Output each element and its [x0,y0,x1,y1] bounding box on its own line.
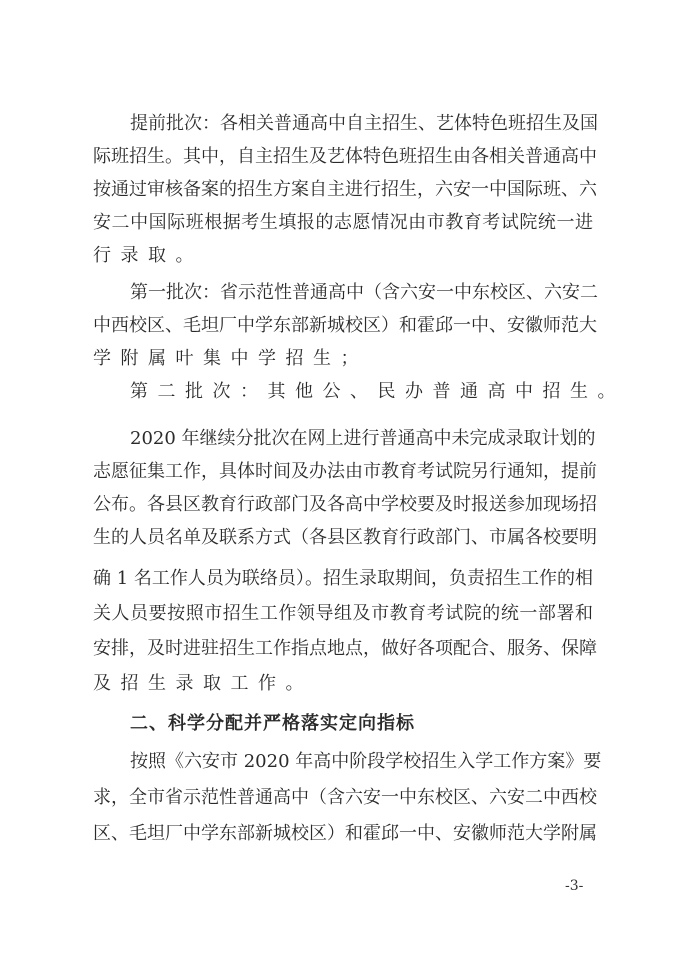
paragraph-line: 及招生录取工作。 [93,667,593,700]
paragraph-line: 第二批次：其他公、民办普通高中招生。 [130,375,593,408]
paragraph-line: 生的人员名单及联系方式（各县区教育行政部门、市属各校要明 [93,521,593,554]
paragraph-line: 志愿征集工作，具体时间及办法由市教育考试院另行通知，提前 [93,455,593,488]
paragraph-line: 安排，及时进驻招生工作指点地点，做好各项配合、服务、保障 [93,632,593,665]
paragraph-line: 第一批次：省示范性普通高中（含六安一中东校区、六安二 [130,276,593,309]
paragraph-line: 学附属叶集中学招生； [93,342,593,375]
paragraph-line: 关人员要按照市招生工作领导组及市教育考试院的统一部署和 [93,597,593,630]
document-page: 提前批次：各相关普通高中自主招生、艺体特色班招生及国 际班招生。其中，自主招生及… [0,0,677,958]
page-number: -3- [565,878,583,894]
paragraph-line: 求，全市省示范性普通高中（含六安一中东校区、六安二中西校 [93,781,593,814]
paragraph-line: 中西校区、毛坦厂中学东部新城校区）和霍邱一中、安徽师范大 [93,309,593,342]
section-heading: 二、科学分配并严格落实定向指标 [130,707,593,740]
paragraph-line: 确 1 名工作人员为联络员）。招生录取期间，负责招生工作的相 [93,562,593,595]
paragraph-line: 安二中国际班根据考生填报的志愿情况由市教育考试院统一进 [93,206,593,239]
paragraph-line: 按照《六安市 2020 年高中阶段学校招生入学工作方案》要 [130,745,593,778]
paragraph-line: 区、毛坦厂中学东部新城校区）和霍邱一中、安徽师范大学附属 [93,817,593,850]
paragraph-line: 公布。各县区教育行政部门及各高中学校要及时报送参加现场招 [93,488,593,521]
paragraph-line: 行录取。 [93,239,593,272]
paragraph-line: 际班招生。其中，自主招生及艺体特色班招生由各相关普通高中 [93,140,593,173]
paragraph-line: 提前批次：各相关普通高中自主招生、艺体特色班招生及国 [130,107,593,140]
paragraph-line: 2020 年继续分批次在网上进行普通高中未完成录取计划的 [130,422,593,455]
paragraph-line: 按通过审核备案的招生方案自主进行招生，六安一中国际班、六 [93,173,593,206]
